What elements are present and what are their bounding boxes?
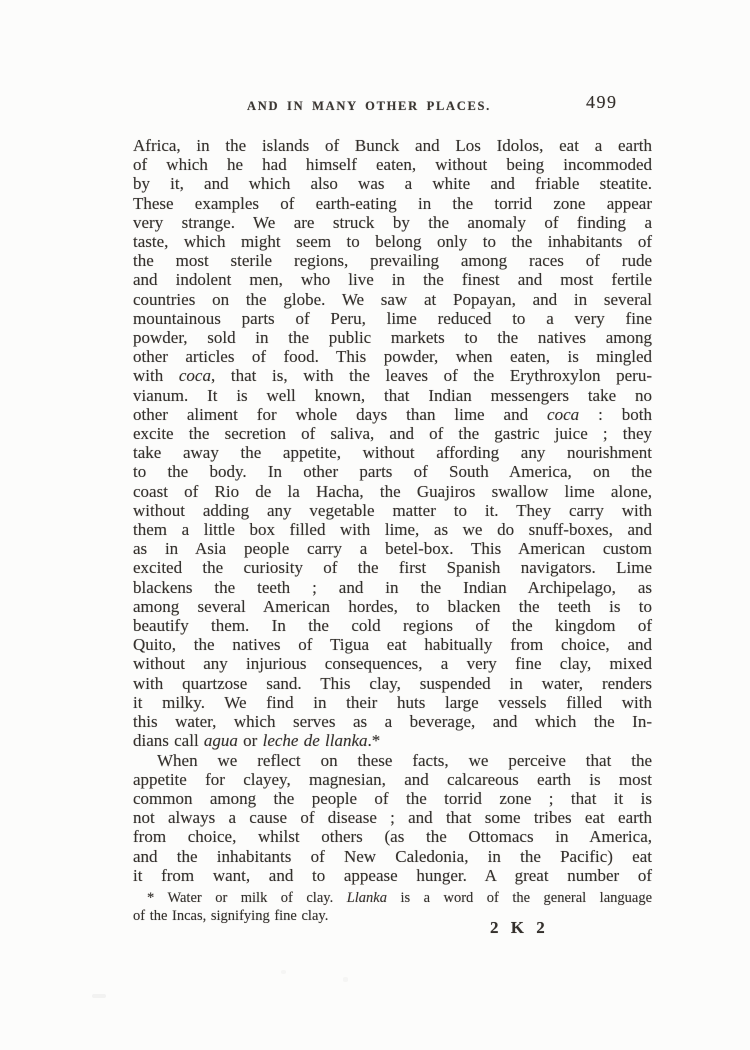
text-line: Africa, in the islands of Bunck and Los …: [133, 136, 652, 155]
text-line: not always a cause of disease ; and that…: [133, 808, 652, 827]
text-line: excite the secretion of saliva, and of t…: [133, 424, 652, 443]
italic-text: agua: [204, 731, 238, 750]
italic-text: leche de llanka: [263, 731, 368, 750]
text-line: without any injurious consequences, a ve…: [133, 654, 652, 673]
footnote: * Water or milk of clay. Llanka is a wor…: [133, 889, 652, 925]
text-line: it from want, and to appease hunger. A g…: [133, 866, 652, 885]
scan-artifact: [281, 970, 286, 974]
running-header: AND IN MANY OTHER PLACES.: [247, 99, 491, 114]
page-number: 499: [586, 92, 618, 113]
text-line: vianum. It is well known, that Indian me…: [133, 386, 652, 405]
paragraph: When we reflect on these facts, we perce…: [133, 751, 652, 885]
text-line: by it, and which also was a white and fr…: [133, 174, 652, 193]
text-line: excited the curiosity of the first Spani…: [133, 558, 652, 577]
printer-signature-mark: 2 K 2: [490, 918, 546, 938]
text-line: taste, which might seem to belong only t…: [133, 232, 652, 251]
text-line: among several American hordes, to blacke…: [133, 597, 652, 616]
text-line: from choice, whilst others (as the Ottom…: [133, 827, 652, 846]
text-line: These examples of earth-eating in the to…: [133, 194, 652, 213]
text-line: it milky. We find in their huts large ve…: [133, 693, 652, 712]
text-line: powder, sold in the public markets to th…: [133, 328, 652, 347]
text-line: appetite for clayey, magnesian, and calc…: [133, 770, 652, 789]
text-line: without adding any vegetable matter to i…: [133, 501, 652, 520]
text-line: other aliment for whole days than lime a…: [133, 405, 652, 424]
text-line: and indolent men, who live in the finest…: [133, 270, 652, 289]
text-line: them a little box filled with lime, as w…: [133, 520, 652, 539]
scanned-book-page: AND IN MANY OTHER PLACES. 499 Africa, in…: [0, 0, 750, 1050]
text-line: blackens the teeth ; and in the Indian A…: [133, 578, 652, 597]
text-line: very strange. We are struck by the anoma…: [133, 213, 652, 232]
text-line: with coca, that is, with the leaves of t…: [133, 366, 652, 385]
italic-text: coca: [179, 366, 211, 385]
paragraph: Africa, in the islands of Bunck and Los …: [133, 136, 652, 751]
text-line: the most sterile regions, prevailing amo…: [133, 251, 652, 270]
body-text: Africa, in the islands of Bunck and Los …: [133, 136, 652, 885]
text-line: When we reflect on these facts, we perce…: [133, 751, 652, 770]
text-line: countries on the globe. We saw at Popaya…: [133, 290, 652, 309]
italic-text: Llanka: [347, 890, 387, 906]
text-line: of which he had himself eaten, without b…: [133, 155, 652, 174]
text-line: and the inhabitants of New Caledonia, in…: [133, 847, 652, 866]
scan-artifact: [343, 977, 348, 982]
text-line: mountainous parts of Peru, lime reduced …: [133, 309, 652, 328]
text-line: common among the people of the torrid zo…: [133, 789, 652, 808]
italic-text: coca: [547, 405, 579, 424]
scan-artifact: [92, 994, 106, 998]
text-line: dians call agua or leche de llanka.*: [133, 731, 652, 750]
text-line: of the Incas, signifying fine clay.: [133, 907, 652, 925]
text-line: beautify them. In the cold regions of th…: [133, 616, 652, 635]
text-line: this water, which serves as a beverage, …: [133, 712, 652, 731]
text-line: other articles of food. This powder, whe…: [133, 347, 652, 366]
text-line: coast of Rio de la Hacha, the Guajiros s…: [133, 482, 652, 501]
text-line: take away the appetite, without affordin…: [133, 443, 652, 462]
text-line: Quito, the natives of Tigua eat habitual…: [133, 635, 652, 654]
text-line: as in Asia people carry a betel-box. Thi…: [133, 539, 652, 558]
text-line: with quartzose sand. This clay, suspende…: [133, 674, 652, 693]
text-line: to the body. In other parts of South Ame…: [133, 462, 652, 481]
text-line: * Water or milk of clay. Llanka is a wor…: [133, 889, 652, 907]
